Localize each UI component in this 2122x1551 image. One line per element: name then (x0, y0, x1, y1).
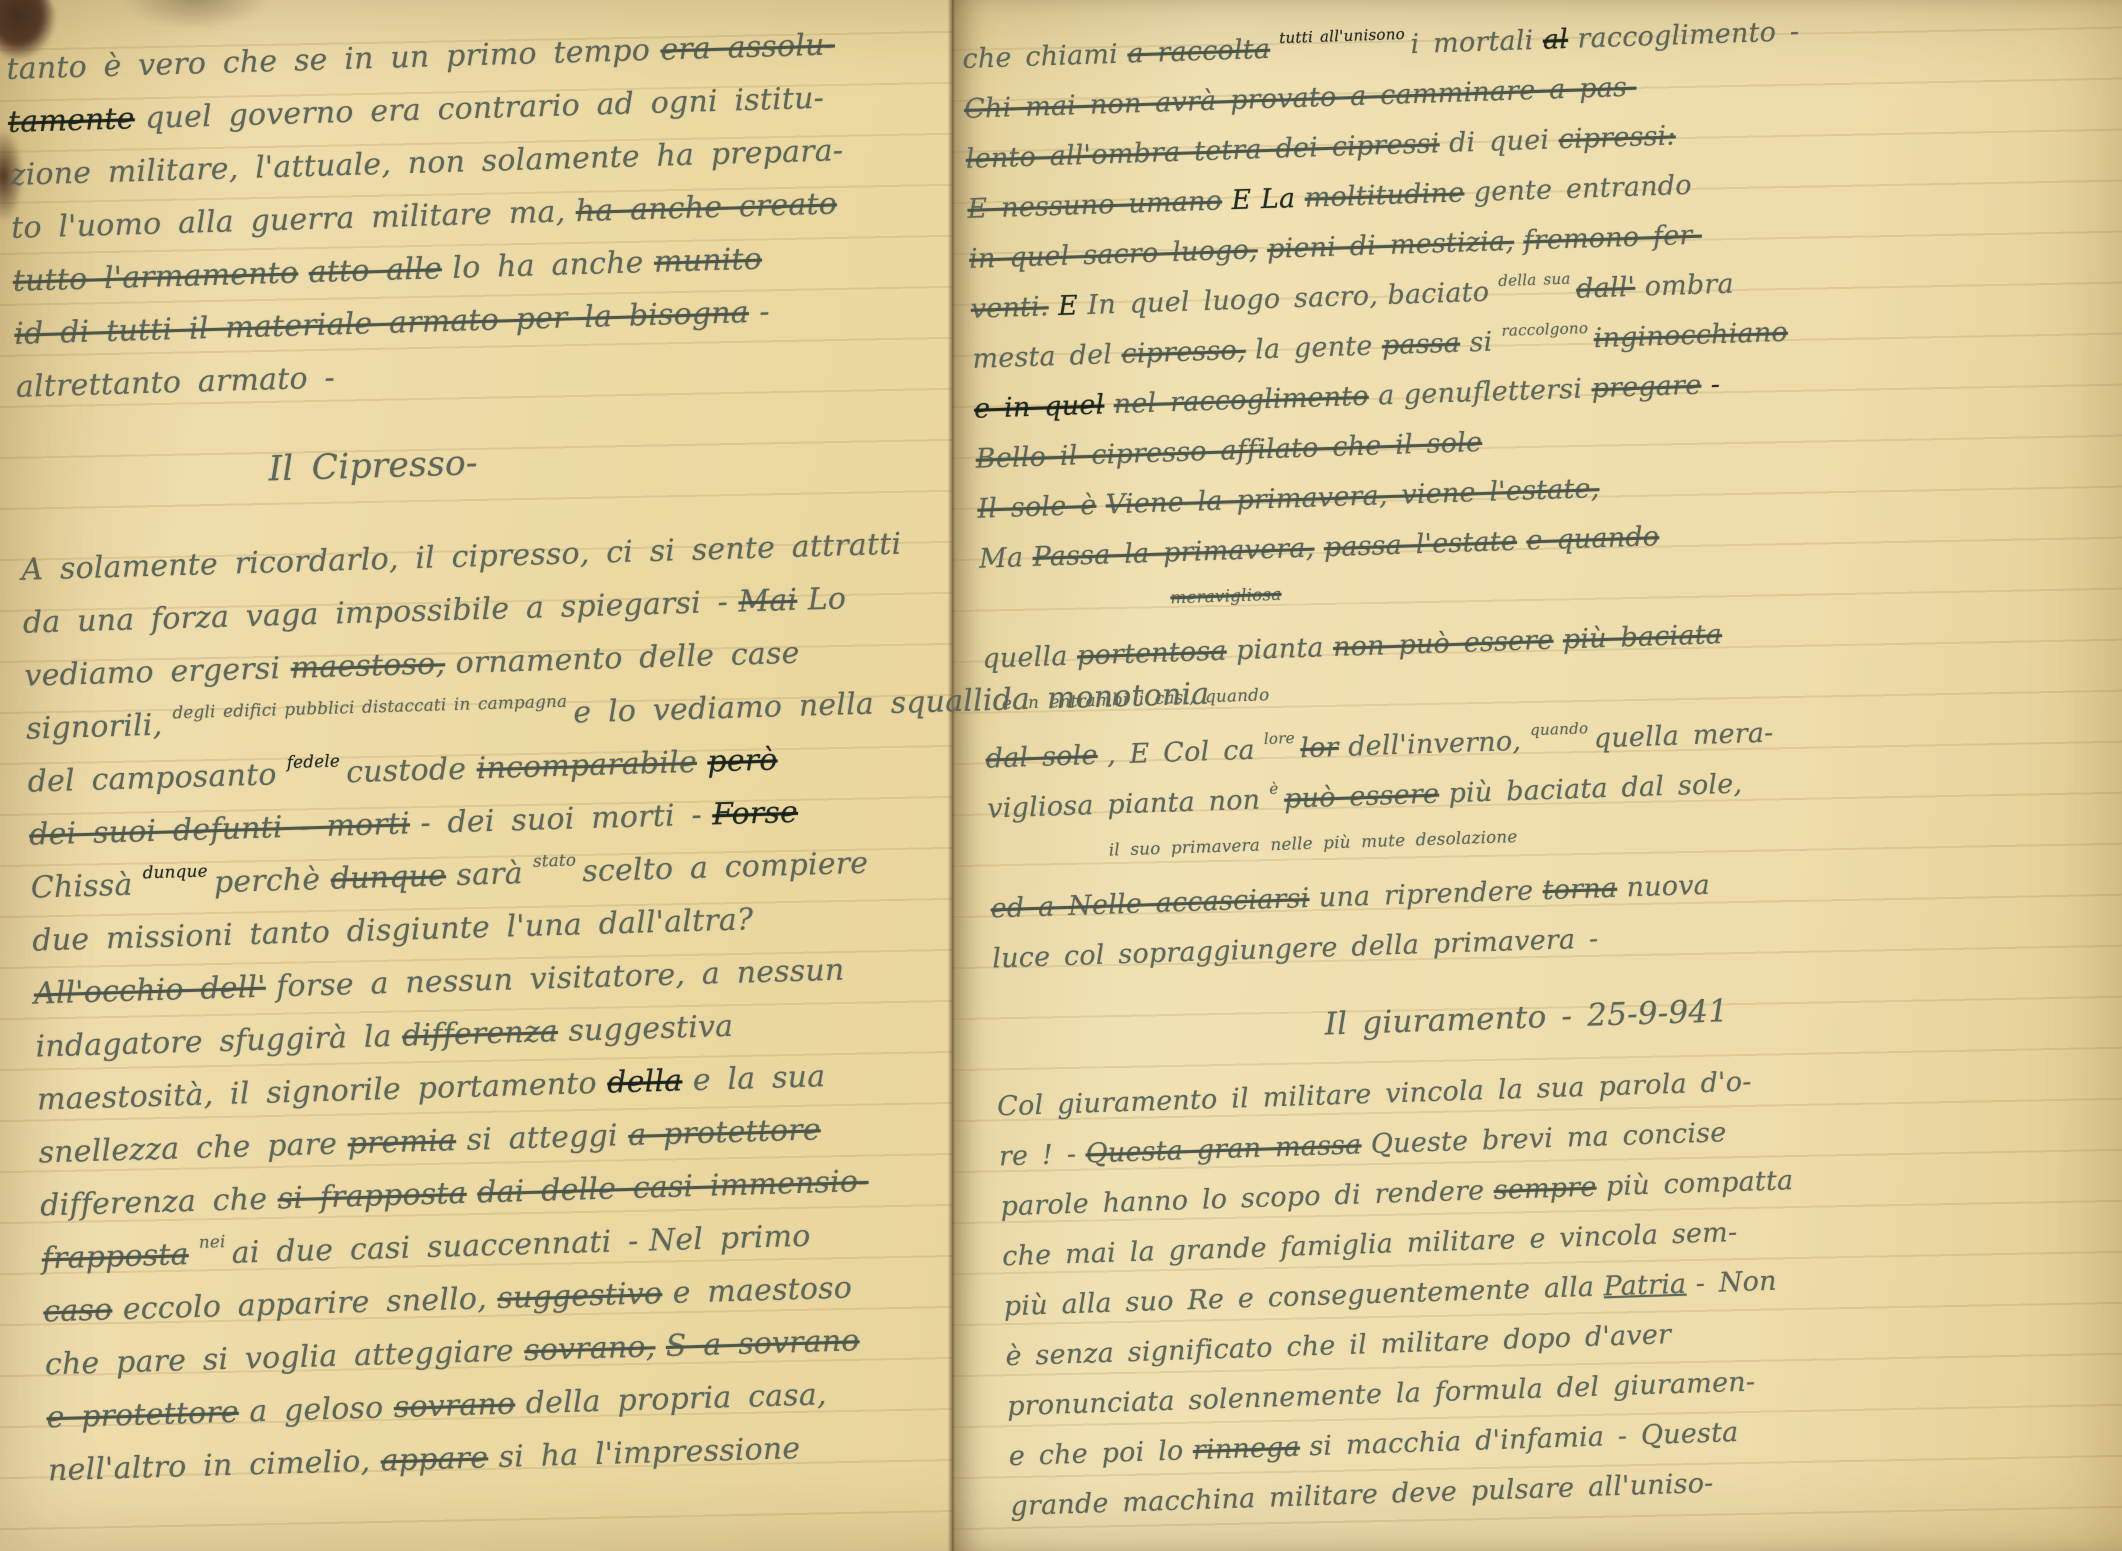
text-segment: suggestivo (497, 1276, 663, 1316)
text-segment: dunque (142, 860, 208, 882)
text-segment: differenza che (40, 1182, 268, 1224)
text-segment: E (1231, 184, 1252, 216)
text-segment: Forse (712, 795, 799, 833)
text-segment: differenza (402, 1014, 559, 1054)
text-segment: e maestoso (672, 1270, 852, 1310)
text-segment: Il sole è (977, 490, 1097, 525)
text-segment: quando (1530, 719, 1589, 739)
text-segment: munito (654, 242, 763, 280)
text-segment: ha anche creato (575, 186, 837, 229)
text-segment: premia (347, 1123, 456, 1161)
text-segment: si ha l'impressione (498, 1431, 801, 1475)
text-segment: inginocchiano (1593, 317, 1788, 354)
text-segment: fedele (286, 750, 340, 772)
text-segment: che chiami (962, 39, 1119, 75)
text-segment: fremono fer- (1523, 220, 1702, 257)
text-segment: S a sovrano (665, 1323, 860, 1364)
text-segment: a protettore (628, 1112, 821, 1153)
text-segment: cipressi: (1558, 120, 1676, 155)
text-segment: nuova (1626, 870, 1710, 904)
text-segment: la gente (1255, 331, 1373, 366)
text-segment: sarà (456, 856, 523, 893)
text-segment: tamente (8, 101, 136, 140)
text-segment: può essere (1284, 779, 1440, 815)
text-segment: portentosa (1077, 636, 1228, 672)
text-segment: incomparabile (476, 745, 697, 787)
text-segment: e che poi lo (1008, 1435, 1184, 1472)
text-segment: - dei suoi morti - (420, 798, 702, 841)
text-segment: di quei (1449, 125, 1550, 159)
text-segment: al (1542, 24, 1568, 56)
text-segment: venti. (970, 291, 1049, 325)
text-segment: della sua (1498, 270, 1571, 290)
text-segment: raccolgono (1501, 319, 1588, 340)
text-segment: del camposanto (27, 757, 277, 799)
text-segment: quella (982, 641, 1068, 675)
text-segment: re ! - (998, 1139, 1076, 1173)
text-segment: cipresso, (1121, 335, 1246, 370)
text-segment: frapposta (41, 1237, 189, 1276)
text-segment: atto alle (308, 251, 442, 290)
left-page-text: tanto è vero che se in un primo tempoera… (6, 29, 837, 1507)
text-segment: La (1260, 183, 1295, 215)
text-segment: - (759, 294, 770, 329)
right-page-text: che chiamia raccoltatutti all'unisonoi m… (962, 6, 2122, 1541)
text-segment: vediamo ergersi (24, 651, 281, 694)
manuscript-photo: tanto è vero che se in un primo tempoera… (0, 0, 2122, 1551)
text-segment: Chissà (30, 868, 133, 906)
text-segment: è (1269, 780, 1279, 798)
text-segment: a raccolta (1127, 34, 1271, 70)
text-segment: dell'inverno, (1348, 726, 1522, 763)
text-segment: maestoso, (290, 646, 445, 686)
text-segment: e protettore (46, 1395, 239, 1436)
text-segment: E (1058, 290, 1079, 322)
text-segment: e la sua (692, 1059, 825, 1098)
text-segment: quella mera- (1593, 717, 1774, 754)
text-segment: ombra (1644, 269, 1734, 303)
text-segment: rinnega (1192, 1432, 1300, 1467)
text-segment: era assolu- (660, 27, 835, 67)
text-segment: tutto l'armamento (12, 255, 298, 298)
text-segment: snellezza che pare (38, 1127, 338, 1171)
text-segment: si frapposta (277, 1176, 467, 1217)
text-segment: torna (1542, 873, 1617, 906)
text-segment: una riprendere (1318, 876, 1533, 914)
text-segment: Mai (738, 583, 798, 620)
text-segment: lo ha anche (452, 245, 644, 286)
text-segment: appare (380, 1440, 488, 1478)
text-segment: Lo (807, 581, 846, 617)
text-segment: moltitudine (1304, 177, 1465, 213)
text-segment: Il Cipresso- (268, 443, 478, 489)
text-segment: e in quel (974, 389, 1105, 424)
text-segment: baciato (1387, 277, 1490, 311)
page-fold (948, 0, 955, 1551)
text-segment: - (1710, 369, 1720, 400)
text-segment: signorili, (26, 708, 163, 747)
text-segment: nei (199, 1231, 226, 1252)
text-segment: sovrano, (524, 1329, 656, 1368)
text-segment: custode (346, 752, 467, 791)
text-segment: lore (1264, 729, 1295, 748)
text-segment: più baciata (1562, 619, 1722, 655)
text-segment: suggestiva (568, 1009, 734, 1049)
text-segment: passa l'estate (1323, 526, 1517, 563)
text-segment: dunque (330, 858, 446, 896)
text-segment: genuflettersi (1403, 374, 1582, 411)
text-segment: e quando (1526, 521, 1660, 556)
text-segment: della propria casa, (525, 1377, 827, 1421)
text-segment: meravigliosa (1170, 584, 1282, 608)
text-segment: lor (1300, 732, 1339, 764)
text-segment: , E Col ca (1107, 735, 1256, 771)
text-segment: stato (533, 849, 577, 870)
text-segment: i mortali (1410, 25, 1534, 60)
text-segment: però (707, 742, 778, 779)
text-segment: caso (43, 1292, 113, 1329)
text-segment: sovrano (393, 1386, 515, 1425)
text-segment: a geloso (249, 1390, 384, 1429)
text-segment: dall' (1576, 272, 1636, 305)
text-segment: Nel primo (648, 1219, 811, 1259)
text-segment: mesta del (972, 339, 1113, 375)
text-segment: si atteggi (466, 1118, 618, 1157)
text-segment: a (1378, 380, 1395, 412)
text-segment: Patria (1603, 1269, 1687, 1303)
text-segment: più compatta (1605, 1165, 1793, 1202)
text-segment: raccoglimento - (1577, 16, 1800, 54)
text-segment: tutti all'unisono (1279, 25, 1405, 47)
text-segment: dal sole (985, 740, 1098, 775)
text-segment: della (607, 1063, 683, 1100)
text-segment: non può essere (1333, 625, 1554, 663)
text-segment: perchè (213, 862, 320, 900)
text-segment: si (1469, 327, 1493, 359)
text-segment: - Non (1695, 1266, 1777, 1300)
text-segment: passa (1381, 328, 1460, 362)
text-segment: pianta (1236, 632, 1325, 666)
text-segment: pregare (1591, 370, 1702, 405)
text-segment: Ma (979, 542, 1024, 574)
text-segment: gente entrando (1473, 170, 1692, 208)
text-segment: All'occhio dell' (33, 970, 266, 1012)
text-segment: sempre (1493, 1172, 1597, 1206)
